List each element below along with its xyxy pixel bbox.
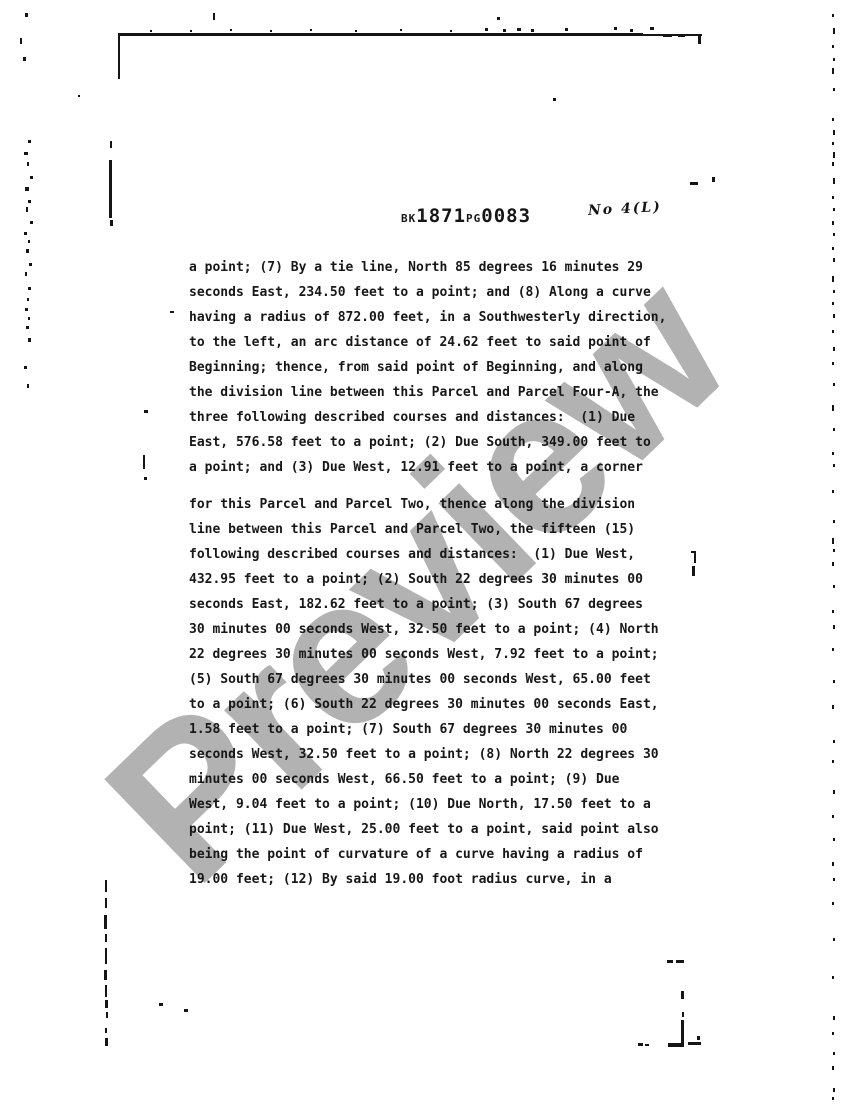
scan-mark bbox=[832, 452, 834, 455]
scan-mark bbox=[832, 162, 834, 166]
scan-mark bbox=[681, 991, 684, 999]
legal-description-text: a point; (7) By a tie line, North 85 deg… bbox=[189, 255, 689, 892]
scan-mark bbox=[833, 878, 835, 881]
scan-mark bbox=[833, 290, 835, 293]
scan-mark bbox=[355, 30, 357, 32]
scan-mark bbox=[630, 29, 633, 32]
scan-mark bbox=[159, 1003, 163, 1006]
scan-mark bbox=[832, 221, 834, 225]
scan-mark bbox=[832, 976, 834, 979]
scan-mark bbox=[190, 30, 192, 32]
text-line: seconds East, 182.62 feet to a point; (3… bbox=[189, 592, 689, 617]
text-line: following described courses and distance… bbox=[189, 542, 689, 567]
text-line: having a radius of 872.00 feet, in a Sou… bbox=[189, 305, 689, 330]
scan-mark bbox=[833, 428, 835, 431]
scan-mark bbox=[833, 152, 835, 158]
text-line: minutes 00 seconds West, 66.50 feet to a… bbox=[189, 767, 689, 792]
scan-mark bbox=[832, 142, 834, 145]
text-line: being the point of curvature of a curve … bbox=[189, 842, 689, 867]
text-line: West, 9.04 feet to a point; (10) Due Nor… bbox=[189, 792, 689, 817]
scan-mark bbox=[29, 263, 32, 266]
text-line: a point; (7) By a tie line, North 85 deg… bbox=[189, 255, 689, 280]
scan-mark bbox=[663, 35, 672, 37]
scan-mark bbox=[553, 98, 556, 101]
scan-mark bbox=[832, 1066, 834, 1070]
scan-mark bbox=[832, 68, 834, 74]
scan-mark bbox=[28, 200, 31, 203]
scan-mark bbox=[676, 960, 684, 963]
scan-mark bbox=[832, 405, 834, 411]
text-line: 19.00 feet; (12) By said 19.00 foot radi… bbox=[189, 867, 689, 892]
stamp-page-label: PG bbox=[466, 212, 481, 225]
scan-mark bbox=[109, 160, 112, 218]
scan-mark bbox=[30, 221, 33, 224]
scan-mark bbox=[682, 1012, 684, 1017]
scan-mark bbox=[832, 118, 834, 121]
handwritten-annotation: No 4(L) bbox=[588, 199, 663, 219]
scan-mark bbox=[170, 311, 174, 313]
scan-mark bbox=[833, 464, 835, 467]
text-line: 30 minutes 00 seconds West, 32.50 feet t… bbox=[189, 617, 689, 642]
scan-mark bbox=[832, 45, 834, 48]
scan-mark bbox=[832, 760, 834, 763]
scan-mark bbox=[450, 30, 452, 32]
text-line: point; (11) Due West, 25.00 feet to a po… bbox=[189, 817, 689, 842]
scan-mark bbox=[24, 366, 27, 369]
scan-mark bbox=[118, 33, 120, 79]
scan-mark bbox=[28, 240, 30, 243]
scan-mark bbox=[832, 196, 834, 199]
scan-mark bbox=[833, 58, 835, 61]
scan-mark bbox=[24, 232, 27, 235]
scan-mark bbox=[104, 970, 107, 980]
scan-mark bbox=[833, 347, 835, 351]
scan-mark bbox=[105, 934, 107, 942]
scan-mark bbox=[698, 34, 701, 44]
scan-mark bbox=[26, 249, 29, 253]
text-line: East, 576.58 feet to a point; (2) Due So… bbox=[189, 430, 689, 455]
scan-mark bbox=[638, 1043, 643, 1046]
scan-mark bbox=[833, 208, 835, 211]
scan-mark bbox=[28, 338, 31, 342]
scan-mark bbox=[105, 880, 107, 892]
scan-mark bbox=[833, 130, 835, 135]
scan-mark bbox=[832, 862, 834, 866]
scan-mark bbox=[144, 410, 148, 413]
scan-mark bbox=[28, 317, 30, 320]
scan-mark bbox=[832, 14, 834, 17]
scan-mark bbox=[105, 1028, 107, 1033]
paragraph-1: a point; (7) By a tie line, North 85 deg… bbox=[189, 255, 689, 480]
scan-mark bbox=[143, 455, 145, 469]
text-line: 1.58 feet to a point; (7) South 67 degre… bbox=[189, 717, 689, 742]
scan-mark bbox=[650, 27, 654, 30]
scan-mark bbox=[485, 28, 488, 31]
scan-mark bbox=[832, 902, 834, 905]
scan-mark bbox=[30, 176, 33, 179]
scan-mark bbox=[833, 383, 835, 386]
scan-mark bbox=[832, 538, 834, 544]
scan-mark bbox=[400, 29, 402, 31]
scan-mark bbox=[832, 705, 834, 709]
scan-mark bbox=[270, 30, 272, 32]
scan-mark bbox=[565, 28, 568, 31]
scan-mark bbox=[106, 1012, 108, 1018]
text-line: line between this Parcel and Parcel Two,… bbox=[189, 517, 689, 542]
scan-mark bbox=[832, 276, 834, 282]
scan-mark bbox=[832, 490, 834, 493]
scan-mark bbox=[833, 938, 835, 941]
scan-mark bbox=[150, 30, 152, 32]
scan-mark bbox=[833, 790, 835, 794]
scan-mark bbox=[832, 362, 834, 365]
scan-mark bbox=[832, 302, 834, 305]
scan-mark bbox=[668, 1043, 684, 1047]
scan-mark bbox=[833, 258, 835, 262]
scan-mark bbox=[692, 566, 695, 576]
scan-mark bbox=[832, 247, 834, 250]
scan-mark bbox=[688, 1042, 701, 1045]
stamp-book-number: 1871 bbox=[416, 205, 466, 227]
scan-mark bbox=[213, 13, 215, 20]
scan-mark bbox=[833, 233, 835, 236]
scan-mark bbox=[667, 960, 673, 963]
scan-mark bbox=[531, 29, 534, 32]
scan-mark bbox=[833, 1088, 835, 1092]
scan-mark bbox=[24, 152, 28, 155]
text-line: to a point; (6) South 22 degrees 30 minu… bbox=[189, 692, 689, 717]
scan-mark bbox=[28, 140, 31, 143]
scan-mark bbox=[118, 33, 643, 36]
scan-mark bbox=[25, 13, 28, 17]
text-line: for this Parcel and Parcel Two, thence a… bbox=[189, 492, 689, 517]
stamp-book-label: BK bbox=[401, 212, 416, 225]
scan-mark bbox=[833, 520, 835, 523]
scan-mark bbox=[833, 585, 835, 588]
scan-mark bbox=[697, 1036, 700, 1040]
scan-mark bbox=[78, 95, 80, 97]
scanned-document-page: Preview BK1871PG0083 No 4(L) a point; (7… bbox=[0, 0, 850, 1104]
text-line: three following described courses and di… bbox=[189, 405, 689, 430]
book-page-stamp: BK1871PG0083 bbox=[401, 205, 531, 227]
scan-mark bbox=[712, 177, 715, 182]
paragraph-2: for this Parcel and Parcel Two, thence a… bbox=[189, 492, 689, 892]
scan-mark bbox=[25, 272, 27, 276]
scan-mark bbox=[27, 384, 29, 388]
text-line: 432.95 feet to a point; (2) South 22 deg… bbox=[189, 567, 689, 592]
scan-mark bbox=[517, 28, 521, 31]
scan-mark bbox=[645, 1044, 649, 1046]
scan-mark bbox=[833, 740, 835, 743]
scan-mark bbox=[614, 27, 617, 30]
scan-mark bbox=[833, 838, 835, 841]
scan-mark bbox=[23, 57, 26, 61]
scan-mark bbox=[503, 29, 506, 32]
scan-mark bbox=[694, 553, 696, 563]
scan-mark bbox=[105, 948, 107, 964]
scan-mark bbox=[832, 610, 834, 613]
scan-mark bbox=[144, 477, 147, 480]
scan-mark bbox=[105, 1038, 108, 1046]
scan-mark bbox=[20, 38, 22, 44]
scan-mark bbox=[230, 29, 232, 31]
scan-mark bbox=[26, 207, 28, 212]
scan-mark bbox=[833, 28, 835, 34]
stamp-page-number: 0083 bbox=[481, 205, 531, 227]
scan-mark bbox=[833, 1016, 835, 1020]
scan-mark bbox=[25, 187, 29, 191]
scan-mark bbox=[832, 1032, 834, 1035]
scan-mark bbox=[27, 298, 29, 301]
scan-mark bbox=[110, 141, 112, 148]
scan-mark bbox=[310, 29, 312, 31]
scan-mark bbox=[26, 326, 29, 329]
text-line: a point; and (3) Due West, 12.91 feet to… bbox=[189, 455, 689, 480]
scan-mark bbox=[832, 1097, 834, 1100]
scan-mark bbox=[105, 985, 107, 997]
text-line: (5) South 67 degrees 30 minutes 00 secon… bbox=[189, 667, 689, 692]
scan-mark bbox=[497, 17, 500, 20]
scan-mark bbox=[833, 314, 835, 318]
scan-mark bbox=[25, 308, 28, 311]
scan-mark bbox=[833, 625, 835, 629]
scan-mark bbox=[690, 182, 698, 185]
scan-mark bbox=[832, 648, 834, 651]
scan-mark bbox=[110, 220, 113, 226]
scan-mark bbox=[833, 88, 835, 91]
text-line: the division line between this Parcel an… bbox=[189, 380, 689, 405]
scan-mark bbox=[28, 287, 31, 290]
scan-mark bbox=[832, 330, 834, 333]
text-line: seconds West, 32.50 feet to a point; (8)… bbox=[189, 742, 689, 767]
scan-mark bbox=[184, 1009, 188, 1012]
text-line: to the left, an arc distance of 24.62 fe… bbox=[189, 330, 689, 355]
scan-mark bbox=[104, 915, 107, 929]
text-line: seconds East, 234.50 feet to a point; an… bbox=[189, 280, 689, 305]
text-line: 22 degrees 30 minutes 00 seconds West, 7… bbox=[189, 642, 689, 667]
scan-mark bbox=[105, 1000, 108, 1008]
scan-mark bbox=[833, 178, 835, 184]
text-line: Beginning; thence, from said point of Be… bbox=[189, 355, 689, 380]
scan-mark bbox=[833, 680, 835, 683]
scan-mark bbox=[833, 549, 835, 552]
scan-mark bbox=[27, 162, 29, 166]
scan-mark bbox=[832, 815, 834, 818]
scan-mark bbox=[832, 562, 834, 566]
scan-mark bbox=[678, 35, 685, 37]
scan-mark bbox=[105, 898, 107, 908]
scan-mark bbox=[833, 1052, 835, 1055]
